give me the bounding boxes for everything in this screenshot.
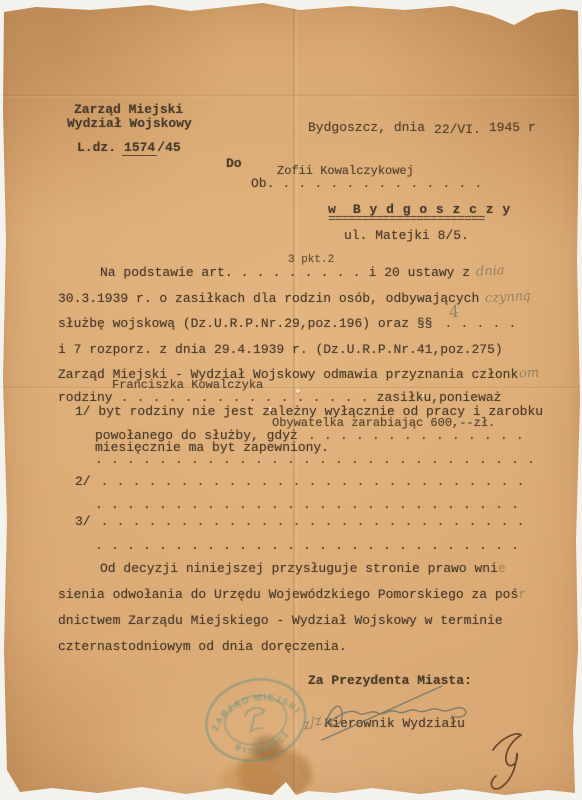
ob-line: Ob.. . . . . . . . . . . . . [251, 177, 482, 191]
stamp-arc-bottom-text: BYDGOSZCZ [231, 727, 294, 761]
handwritten-om: om [519, 366, 540, 381]
point2-dots2: . . . . . . . . . . . . . . . . . . . . … [95, 498, 519, 512]
handwritten-dnia: dnia [476, 264, 505, 280]
point1-dotted-line: . . . . . . . . . . . . . . . . . . . . … [95, 453, 535, 467]
body-line6-dots: . . . . . . . . . . . . . . . . [121, 390, 369, 405]
point3-dots2: . . . . . . . . . . . . . . . . . . . . … [95, 539, 519, 553]
to-label: Do [226, 157, 242, 171]
ref-number: 1574 [122, 140, 157, 156]
closing-line2-cut: r [518, 587, 526, 602]
place-date-pre: Bydgoszcz, dnia [308, 120, 425, 135]
body-line-3: służbę wojskową (Dz.U.R.P.Nr.29,poz.196)… [58, 317, 516, 331]
stamp-eagle-emblem [243, 705, 269, 732]
scanned-document-page: { "colors": { "scan_background": "#f4f2e… [0, 0, 582, 800]
city-underline: ======================= [328, 212, 484, 226]
closing-line1-cut: e [498, 561, 506, 576]
body-line6-pre: rodziny [58, 390, 113, 405]
closing-line4: czternastodniowym od dnia doręczenia. [58, 640, 347, 654]
point2-line1: 2/. . . . . . . . . . . . . . . . . . . … [75, 475, 525, 489]
date-year: 1945 r [489, 121, 536, 135]
point1-line2-dots: . . . . . . . . . . . . . . [308, 428, 524, 443]
ob-label: Ob. [251, 176, 274, 191]
body-line3-pre: służbę wojskową (Dz.U.R.P.Nr.29,poz.196)… [58, 316, 432, 331]
point2-dots1: . . . . . . . . . . . . . . . . . . . . … [101, 474, 525, 489]
body-line-1: Na podstawie art.. . . . . . . .i 20 ust… [100, 266, 505, 280]
point3-label: 3/ [75, 514, 91, 529]
handwritten-czynna: czynną [485, 290, 532, 307]
paper: Zarząd Miejski Wydział Wojskowy L.dz.157… [0, 0, 582, 800]
point3-dots1: . . . . . . . . . . . . . . . . . . . . … [101, 514, 525, 529]
body-line2-text: 30.3.1939 r. o zasiłkach dla rodzin osób… [58, 291, 479, 306]
body-line1-pre: Na podstawie art. [100, 265, 233, 280]
reference-number-line: L.dz.1574/45 [77, 141, 181, 155]
closing-line1: Od decyzji niniejszej przysługuje stroni… [100, 562, 506, 576]
closing-line1-text: Od decyzji niniejszej przysługuje stroni… [100, 561, 498, 576]
stamp-arc-top-text: ZARZĄD MIEJSKI [204, 682, 304, 736]
point2-label: 2/ [75, 474, 91, 489]
body-line3-dots: . . . . . [444, 316, 516, 331]
signature-scribble [292, 678, 492, 748]
paraph-stroke [491, 734, 521, 789]
ref-suffix: /45 [157, 140, 180, 155]
place-date-line: Bydgoszcz, dnia22/VI.1945 r [308, 121, 536, 135]
closing-line3: dnictwem Zarządu Miejskiego - Wydział Wo… [58, 614, 503, 628]
ob-dotted-line: . . . . . . . . . . . . . [282, 176, 482, 191]
ref-label: L.dz. [77, 140, 116, 155]
body-line1-post: i 20 ustawy z [369, 265, 470, 280]
paraph-mark [483, 726, 535, 792]
body-line1-dots: . . . . . . . . [241, 265, 361, 280]
date-day: 22/VI. [434, 123, 481, 137]
body-line-4: i 7 rozporz. z dnia 29.4.1939 r. (Dz.U.R… [58, 343, 503, 357]
body-line6-post: zasiłku,ponieważ [377, 390, 502, 405]
office-name-line2: Wydział Wojskowy [67, 117, 192, 131]
street-line: ul. Matejki 8/5. [344, 229, 469, 243]
closing-line2: sienia odwołania do Urzędu Wojewódzkiego… [58, 588, 526, 602]
fold-crease-horizontal-upper [0, 94, 582, 98]
closing-line2-text: sienia odwołania do Urzędu Wojewódzkiego… [58, 587, 518, 602]
body-line-2: 30.3.1939 r. o zasiłkach dla rodzin osób… [58, 292, 531, 306]
signature-main-stroke [325, 706, 466, 726]
point3-line1: 3/. . . . . . . . . . . . . . . . . . . … [75, 515, 525, 529]
